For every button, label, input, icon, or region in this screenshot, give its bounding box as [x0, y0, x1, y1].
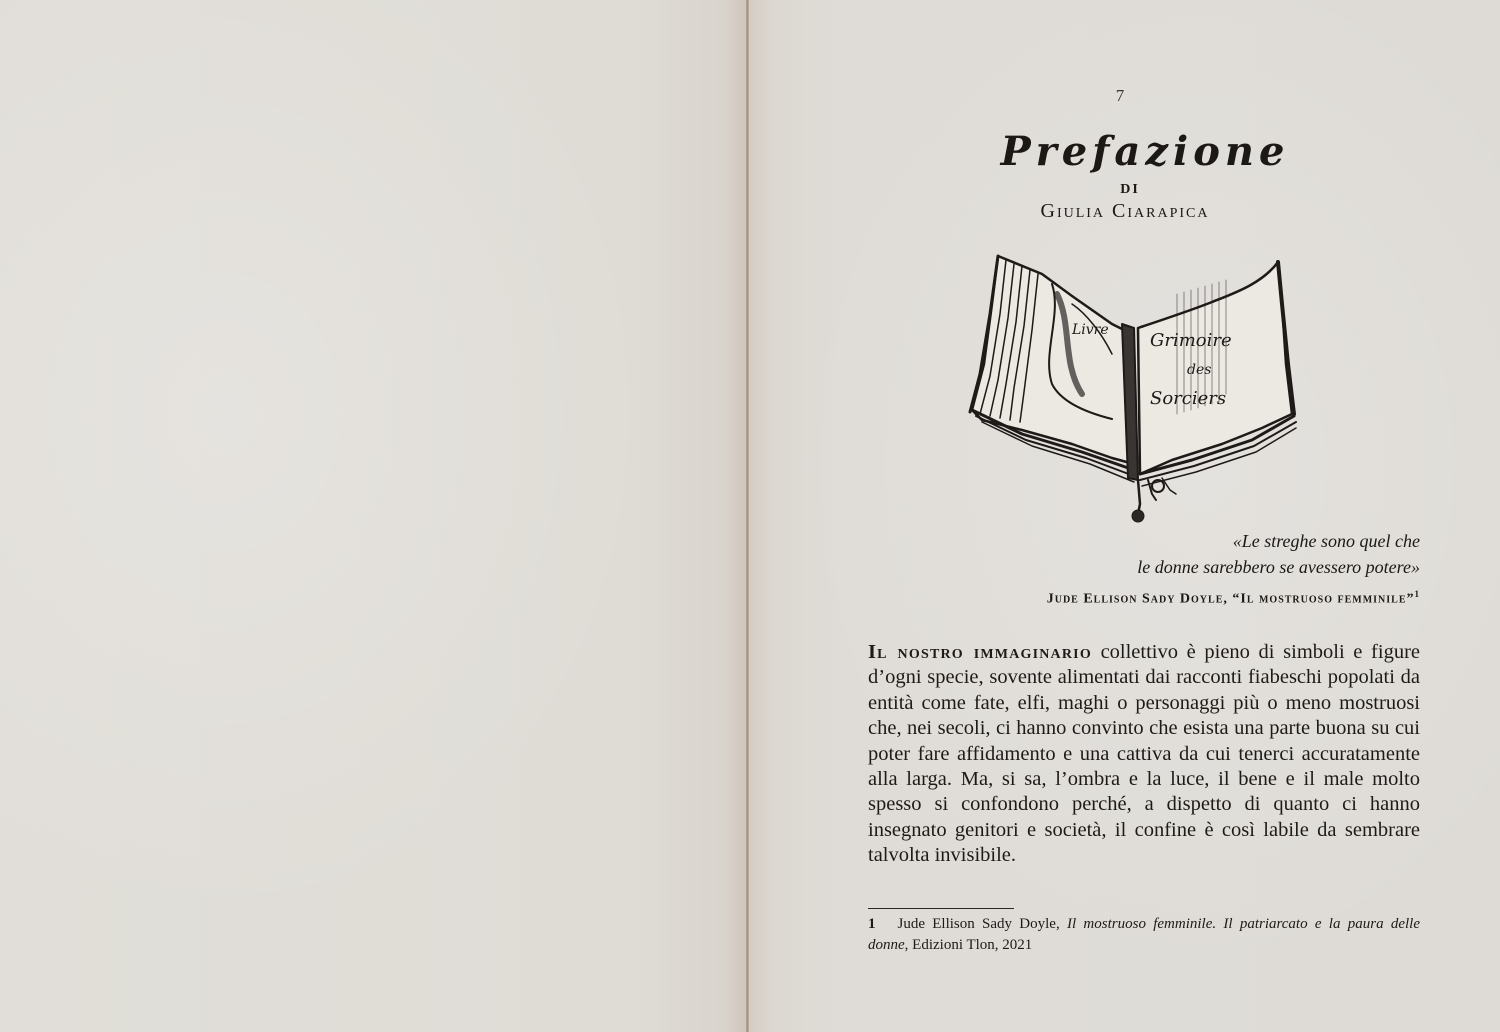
- epigraph-attribution: Jude Ellison Sady Doyle, “Il mostruoso f…: [900, 581, 1420, 613]
- open-grimoire-book-icon: Livre Grimoire d: [962, 244, 1298, 526]
- epigraph-attribution-text: Jude Ellison Sady Doyle, “Il mostruoso f…: [1047, 592, 1415, 607]
- page-number: 7: [1100, 86, 1140, 106]
- chapter-author: Giulia Ciarapica: [990, 200, 1260, 223]
- footnote-divider: [868, 908, 1014, 909]
- chapter-by-label: di: [990, 182, 1270, 198]
- epigraph: «Le streghe sono quel che le donne sareb…: [900, 528, 1420, 613]
- book-spread: 7 Prefazione di Giulia Ciarapica Livre: [0, 0, 1500, 1032]
- footnote-publisher: , Edizioni Tlon, 2021: [905, 937, 1033, 953]
- body-lead-in: Il nostro immaginario: [868, 641, 1092, 663]
- body-text: collettivo è pieno di simboli e figure d…: [868, 641, 1420, 866]
- body-paragraph: Il nostro immaginario collettivo è pieno…: [868, 640, 1420, 869]
- footnote: 1Jude Ellison Sady Doyle, Il mostruoso f…: [868, 914, 1420, 956]
- left-page-blank: [0, 0, 746, 1032]
- svg-text:Livre: Livre: [1071, 322, 1109, 338]
- chapter-title: Prefazione: [990, 128, 1300, 175]
- epigraph-line-2: le donne sarebbero se avessero potere»: [900, 554, 1420, 580]
- svg-text:des: des: [1187, 362, 1211, 378]
- epigraph-line-1: «Le streghe sono quel che: [900, 528, 1420, 554]
- svg-text:Grimoire: Grimoire: [1150, 330, 1232, 351]
- footnote-reference[interactable]: 1: [1415, 589, 1421, 599]
- footnote-number: 1: [868, 916, 876, 932]
- footnote-author: Jude Ellison Sady Doyle,: [898, 916, 1068, 932]
- svg-text:Sorciers: Sorciers: [1150, 388, 1226, 409]
